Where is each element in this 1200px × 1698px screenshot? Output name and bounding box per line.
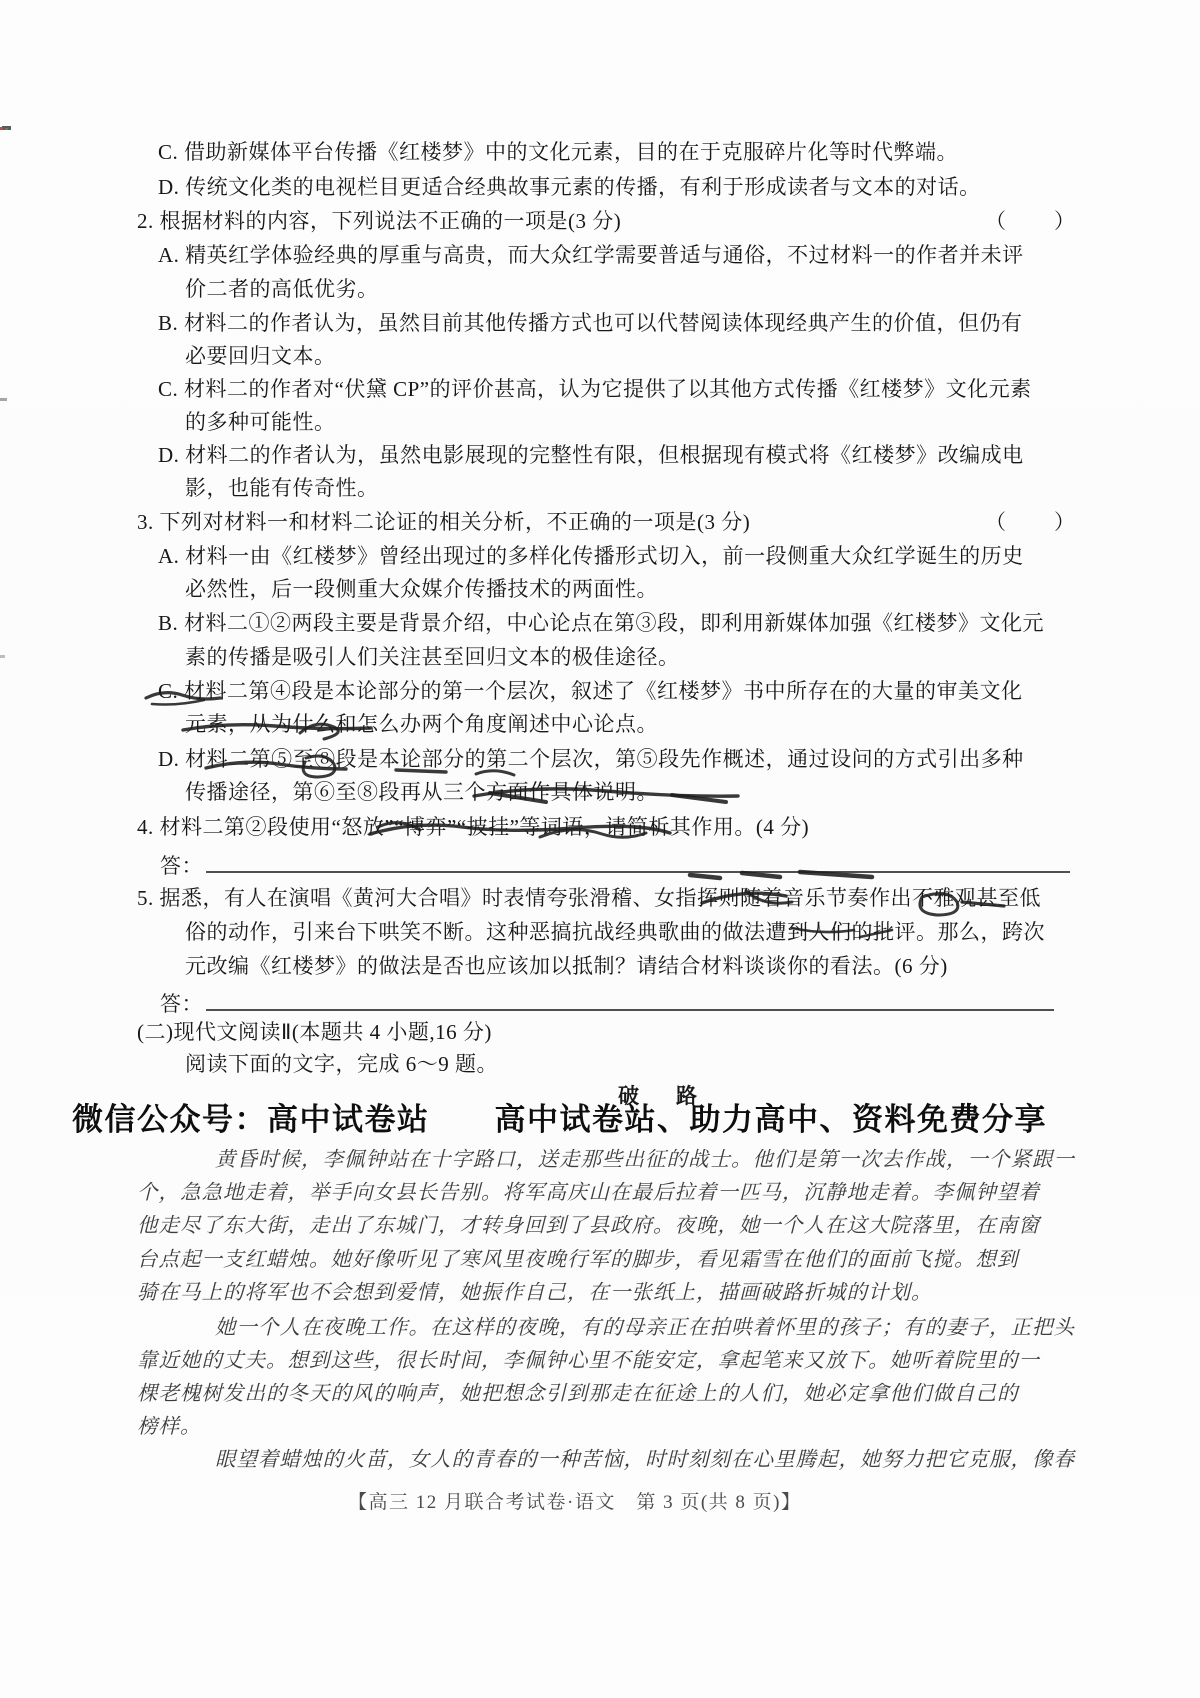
q3-option-b-cont: 素的传播是吸引人们关注甚至回归文本的极佳途径。: [185, 645, 680, 669]
q2-option-b-cont: 必要回归文本。: [185, 344, 336, 368]
q3-option-a: A. 材料一由《红楼梦》曾经出现过的多样化传播形式切入，前一段侧重大众红学诞生的…: [158, 544, 1024, 568]
q5-stem-1: 5. 据悉，有人在演唱《黄河大合唱》时表情夸张滑稽、女指挥则随着音乐节奏作出不雅…: [137, 886, 1041, 910]
exam-page: C. 借助新媒体平台传播《红楼梦》中的文化元素，目的在于克服碎片化等时代弊端。D…: [0, 0, 1200, 1698]
q3-option-c-cont: 元素，从为什么和怎么办两个角度阐述中心论点。: [185, 712, 658, 736]
wechat-watermark: 微信公众号：高中试卷站 高中试卷站、助力高中、资料免费分享: [72, 1101, 1047, 1139]
q2-option-d: D. 材料二的作者认为，虽然电影展现的完整性有限，但根据现有模式将《红楼梦》改编…: [158, 443, 1024, 467]
passage-p1-l4: 台点起一支红蜡烛。她好像听见了寒风里夜晚行军的脚步，看见霜雪在他们的面前飞搅。想…: [137, 1248, 1019, 1272]
scan-artifact: [0, 127, 3, 130]
section-heading: (二)现代文阅读Ⅱ(本题共 4 小题,16 分): [137, 1020, 492, 1044]
passage-p2-l3: 棵老槐树发出的冬天的风的响声，她把想念引到那走在征途上的人们，她必定拿他们做自己…: [137, 1382, 1019, 1406]
q4-stem: 4. 材料二第②段使用“怒放”“博弈”“披挂”等词语，请简析其作用。(4 分): [137, 815, 809, 839]
pen-scribble: [476, 771, 514, 775]
q2-option-a-cont: 价二者的高低优劣。: [185, 277, 379, 301]
q5-stem-3: 元改编《红楼梦》的做法是否也应该加以抵制？请结合材料谈谈你的看法。(6 分): [185, 954, 948, 978]
answer-blank-line: [206, 988, 1054, 1011]
passage-p3-l1: 眼望着蜡烛的火苗，女人的青春的一种苦恼，时时刻刻在心里腾起，她努力把它克服，像春: [215, 1448, 1075, 1472]
scan-artifact: [0, 655, 5, 658]
q2-stem: 2. 根据材料的内容，下列说法不正确的一项是(3 分)（ ）: [137, 209, 621, 233]
passage-p1-l3: 他走尽了东大街，走出了东城门，才转身回到了县政府。夜晚，她一个人在这大院落里，在…: [137, 1214, 1040, 1238]
passage-p1-l1: 黄昏时候，李佩钟站在十字路口，送走那些出征的战士。他们是第一次去作战，一个紧跟一: [215, 1148, 1075, 1172]
q2-option-d-cont: 影，也能有传奇性。: [185, 476, 379, 500]
page-footer: 【高三 12 月联合考试卷·语文 第 3 页(共 8 页)】: [348, 1491, 801, 1515]
answer-bracket: （ ）: [985, 209, 1077, 233]
q4-answer-line: 答：: [160, 850, 1070, 878]
q3-option-c: C. 材料二第④段是本论部分的第一个层次，叙述了《红楼梦》书中所存在的大量的审美…: [158, 679, 1023, 703]
q2-option-b: B. 材料二的作者认为，虽然目前其他传播方式也可以代替阅读体现经典产生的价值，但…: [158, 311, 1023, 335]
pen-scribble: [672, 795, 726, 802]
reading-instruction: 阅读下面的文字，完成 6～9 题。: [185, 1052, 498, 1076]
q5-answer-line: 答：: [160, 988, 1054, 1016]
scan-artifact: [5, 128, 8, 130]
answer-label: 答：: [160, 854, 203, 878]
scan-artifact: [0, 398, 7, 401]
q3-option-d-cont: 传播途径，第⑥至⑧段再从三个方面作具体说明。: [185, 780, 658, 804]
q1-option-c: C. 借助新媒体平台传播《红楼梦》中的文化元素，目的在于克服碎片化等时代弊端。: [158, 140, 958, 164]
answer-blank-line: [206, 850, 1070, 873]
passage-p2-l2: 靠近她的丈夫。想到这些，很长时间，李佩钟心里不能安定，拿起笔来又放下。她听着院里…: [137, 1349, 1040, 1373]
q3-stem: 3. 下列对材料一和材料二论证的相关分析，不正确的一项是(3 分)（ ）: [137, 510, 750, 534]
answer-bracket: （ ）: [985, 510, 1077, 534]
q3-option-b: B. 材料二①②两段主要是背景介绍，中心论点在第③段，即利用新媒体加强《红楼梦》…: [158, 611, 1044, 635]
passage-p1-l5: 骑在马上的将军也不会想到爱情，她振作自己，在一张纸上，描画破路折城的计划。: [137, 1281, 933, 1305]
q2-option-c: C. 材料二的作者对“伏黛 CP”的评价甚高，认为它提供了以其他方式传播《红楼梦…: [158, 377, 1032, 401]
passage-p2-l4: 榜样。: [137, 1415, 202, 1439]
passage-p1-l2: 个，急急地走着，举手向女县长告别。将军高庆山在最后拉着一匹马，沉静地走着。李佩钟…: [137, 1181, 1040, 1205]
q2-option-c-cont: 的多种可能性。: [185, 410, 336, 434]
passage-p2-l1: 她一个人在夜晚工作。在这样的夜晚，有的母亲正在拍哄着怀里的孩子；有的妻子，正把头: [215, 1316, 1075, 1340]
q5-stem-2: 俗的动作，引来台下哄笑不断。这种恶搞抗战经典歌曲的做法遭到人们的批评。那么，跨次: [185, 920, 1045, 944]
q2-option-a: A. 精英红学体验经典的厚重与高贵，而大众红学需要普适与通俗，不过材料一的作者并…: [158, 243, 1024, 267]
answer-label: 答：: [160, 992, 203, 1016]
q3-option-d: D. 材料二第⑤至⑧段是本论部分的第二个层次，第⑤段先作概述，通过设问的方式引出…: [158, 747, 1024, 771]
q3-option-a-cont: 必然性，后一段侧重大众媒介传播技术的两面性。: [185, 577, 658, 601]
q1-option-d: D. 传统文化类的电视栏目更适合经典故事元素的传播，有利于形成读者与文本的对话。: [158, 175, 981, 199]
